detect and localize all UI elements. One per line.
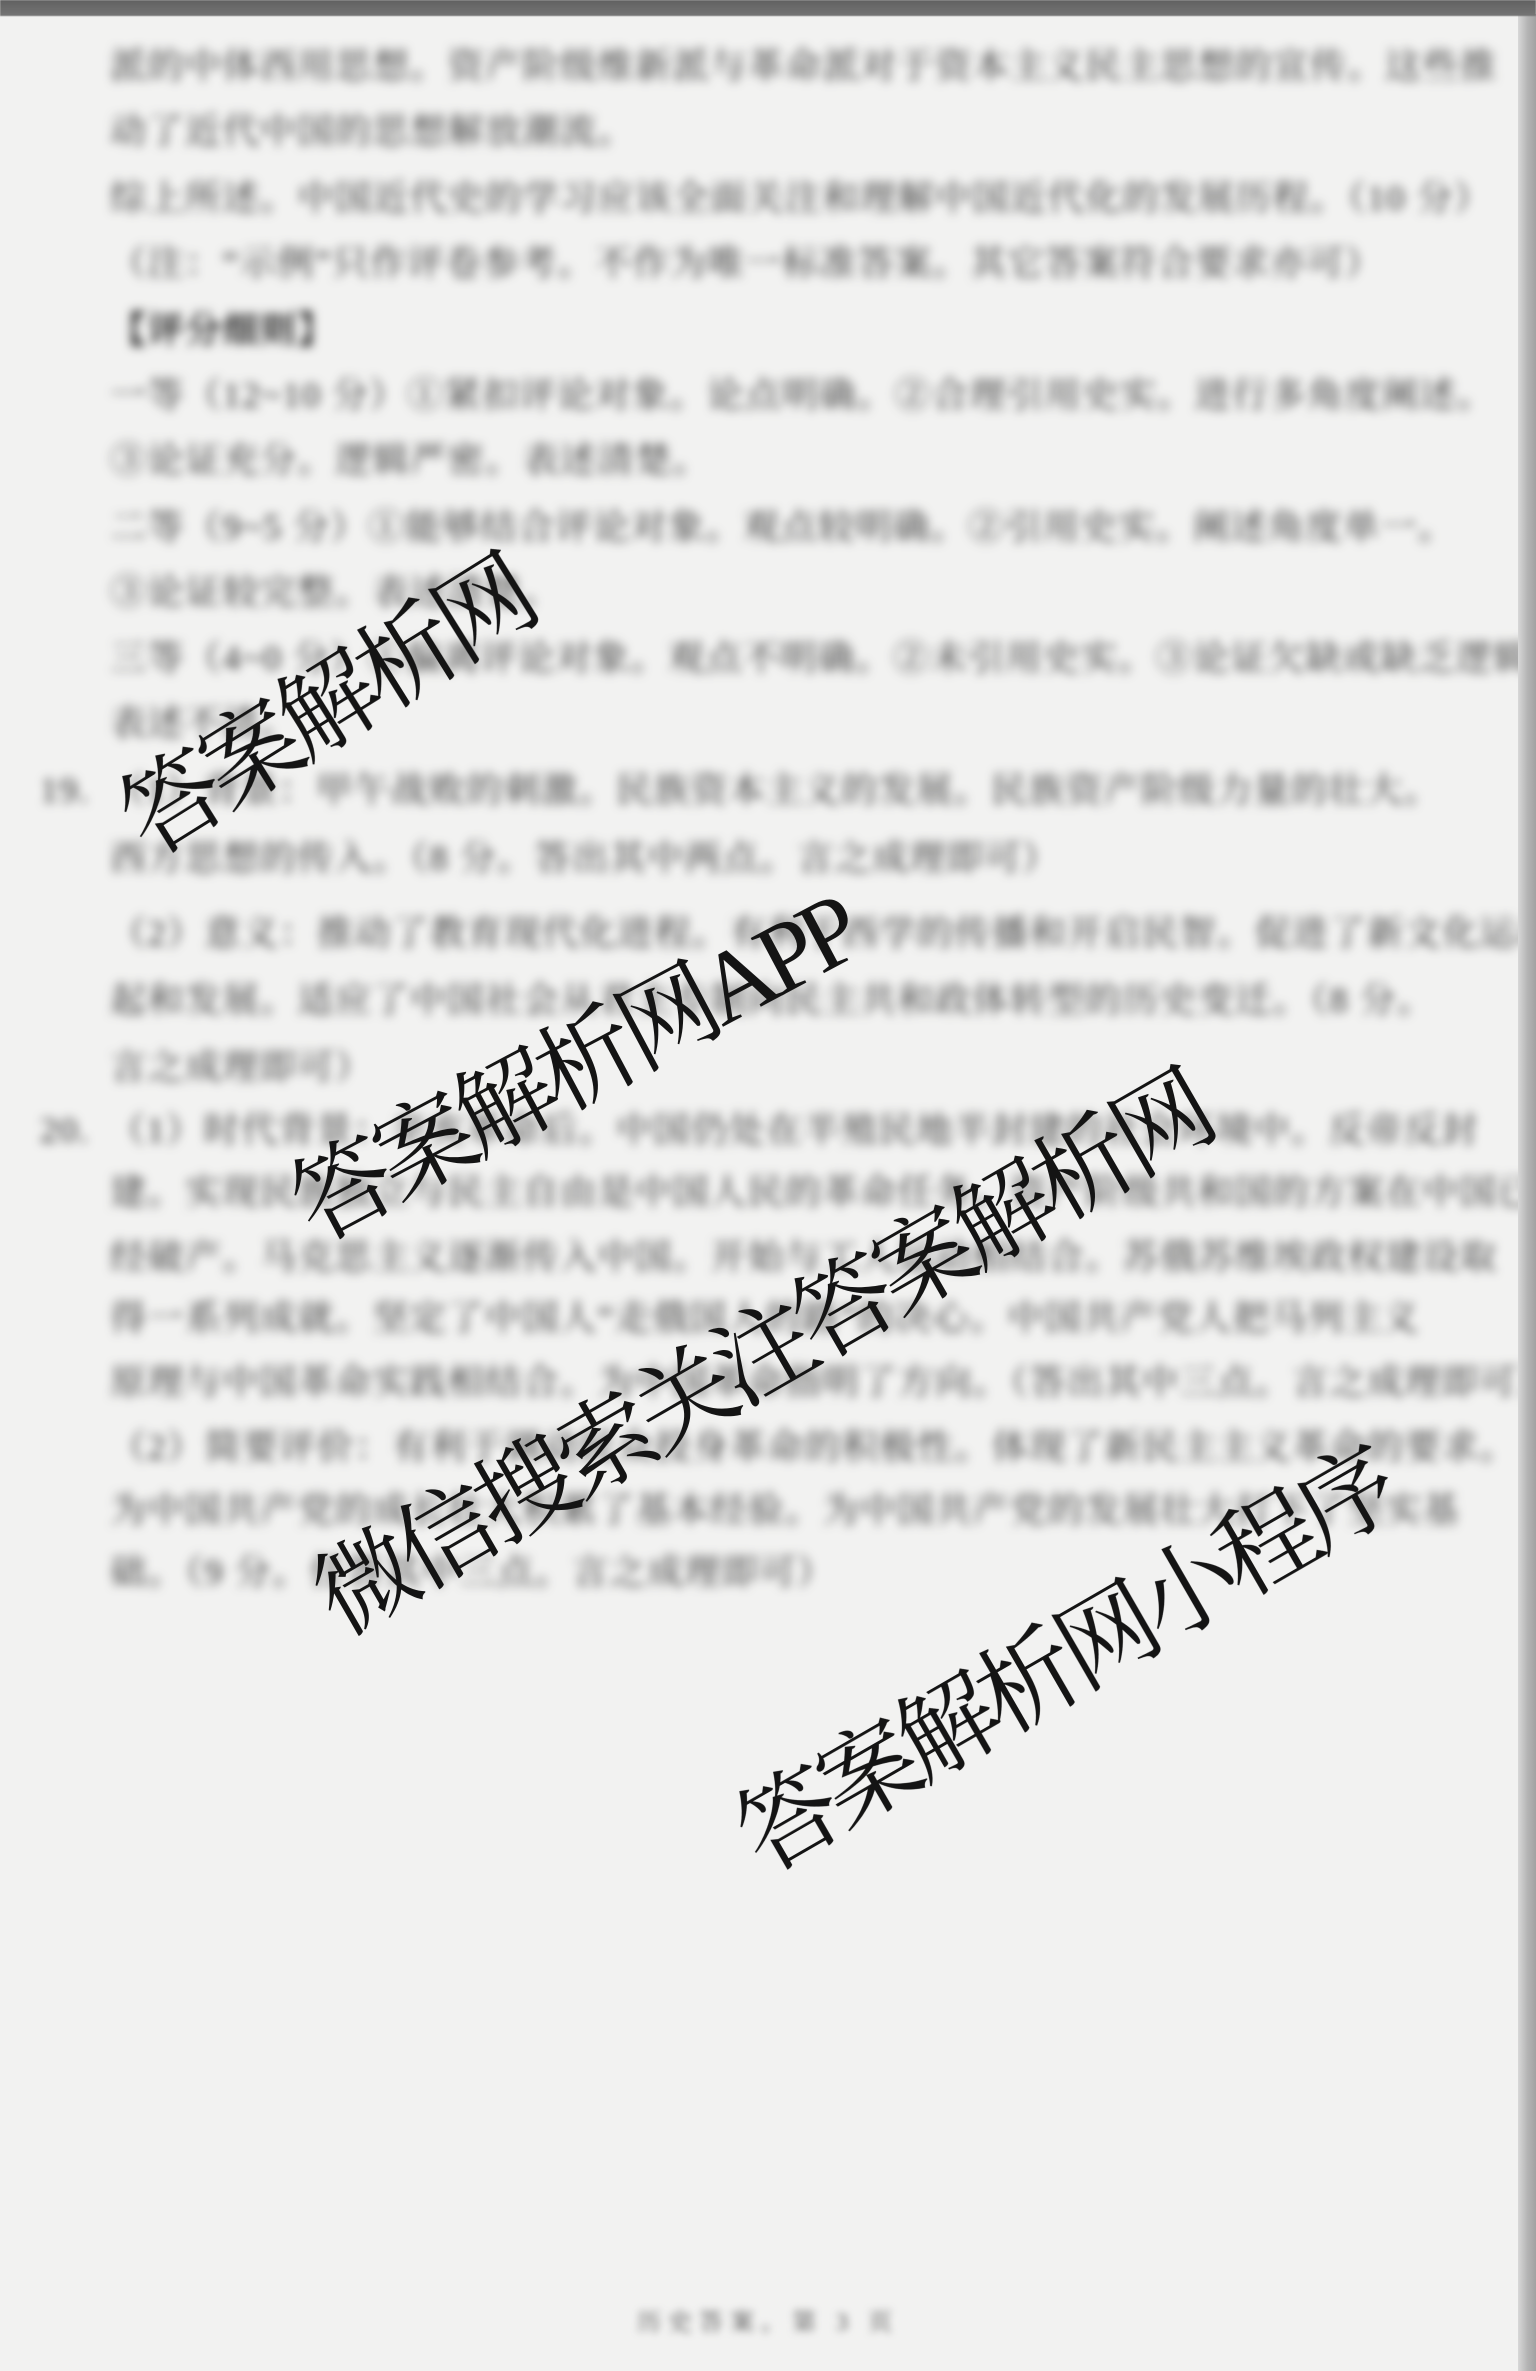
text-line: （注：“示例”只作评卷参考。不作为唯一标准答案。其它答案符合要求亦可）: [110, 243, 1382, 283]
blurred-text-layer: 派的中体西用思想。资产阶级维新派与革命派对于资本主义民主思想的宣传。这些推 动了…: [0, 0, 1536, 2371]
document-page: { "page": { "background": "#f2f2f1", "to…: [0, 0, 1536, 2371]
page-footer: 历史答案。第 3 页: [0, 2302, 1536, 2337]
page-edge-shadow: [1518, 14, 1536, 2371]
text-line: 西方思想的传入。（8 分。答出其中两点。言之成理即可）: [110, 838, 1060, 878]
text-line: 言之成理即可）: [110, 1047, 373, 1087]
text-line: 综上所述。中国近代史的学习应该全面关注和理解中国近代化的发展历程。（10 分）: [110, 178, 1492, 218]
text-line: 动了近代中国的思想解放潮流。: [110, 111, 635, 151]
section-heading: 【评分细则】: [110, 310, 335, 350]
text-line: 派的中体西用思想。资产阶级维新派与革命派对于资本主义民主思想的宣传。这些推: [110, 46, 1498, 86]
window-top-bar: [0, 0, 1536, 16]
text-line: 一等（12~10 分）①紧扣评论对象。论点明确。②合理引用史实。进行多角度阐述。: [110, 375, 1494, 415]
text-line: ③论证充分。逻辑严密。表述清楚。: [110, 440, 710, 480]
question-20-line: 20. （1）时代背景：辛亥革命后。中国仍处在半殖民地半封建的社会环境中。反帝反…: [40, 1110, 1479, 1150]
text-line: 二等（9~5 分）①能够结合评论对象。观点较明确。②引用史实。阐述角度单一。: [110, 507, 1455, 547]
